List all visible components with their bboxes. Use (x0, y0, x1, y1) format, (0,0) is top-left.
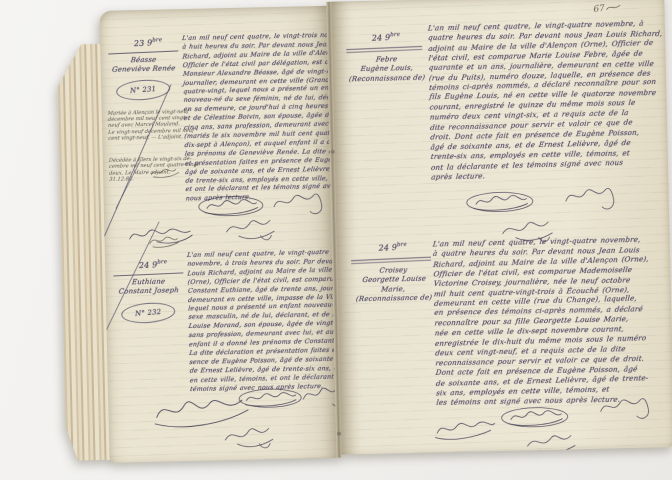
declarant-signature-soriau (433, 416, 498, 441)
act-date: 24 9bre (367, 241, 419, 253)
secretary-paraph (222, 215, 283, 244)
act-2-margin: 24 9bre CroiseyGeorgette Louise Marie,(R… (351, 241, 436, 305)
act-number-oval: N° 231 (115, 78, 170, 102)
date-underline (113, 272, 183, 276)
act-date: 24 9bre (360, 31, 412, 43)
left-page: 23 9bre BéasseGeneviève Renée N° 231 Mar… (99, 6, 337, 463)
marriage-margin-note: Mariée à Alençon le vingt-neufdécembre m… (108, 109, 183, 142)
registered-name: Constant Joseph (111, 286, 186, 297)
page-number-paraph (605, 2, 622, 14)
act-1-text: L'an mil neuf cent quatre, le vingt-quat… (428, 18, 660, 182)
registered-name-block: EuthianeConstant Joseph (111, 277, 185, 298)
registered-name: Georgette Louise Marie, (351, 275, 437, 296)
registered-name: (Reconnaissance de) (347, 73, 428, 84)
registered-name-block: FebreEugène Louis,(Reconnaissance de) (346, 54, 427, 84)
date-underline (108, 50, 178, 54)
registered-name-block: BéasseGeneviève Renée (106, 55, 180, 76)
date-underline (351, 256, 431, 263)
page-number: 67 (593, 2, 622, 15)
act-2-margin: 24 9bre EuthianeConstant Joseph N° 232 (111, 259, 186, 323)
act-1-margin: 23 9bre BéasseGeneviève Renée N° 231 Mar… (106, 37, 183, 183)
margin-note-line: 31.12.82. (109, 175, 183, 183)
margin-note-line: cent vingt-neuf. — L'adjoint, (108, 134, 182, 142)
date-underline (346, 46, 422, 53)
act-number: N° 232 (135, 308, 162, 318)
secretary-paraph (523, 430, 584, 454)
declarant-signature-beasse (126, 223, 194, 247)
officer-signature-oval (464, 189, 537, 215)
act-2-text: L'an mil neuf cent quatre, le vingt-quat… (187, 249, 336, 395)
right-page: 67 24 9bre FebreEugène Louis,(Reconnaiss… (331, 0, 672, 455)
act-number: N° 231 (130, 85, 157, 95)
act-date: 24 9bre (127, 259, 179, 271)
witness-signature (561, 181, 616, 214)
act-date: 23 9bre (122, 37, 174, 49)
act-number-oval: N° 232 (121, 301, 176, 325)
registered-name-block: CroiseyGeorgette Louise Marie,(Reconnais… (351, 265, 436, 305)
act-1-margin: 24 9bre FebreEugène Louis,(Reconnaissanc… (346, 32, 427, 85)
registered-name: Geneviève Renée (106, 64, 181, 75)
witness-signature (596, 393, 651, 424)
officer-signature-oval (498, 404, 571, 430)
act-1-text: L'an mil neuf cent quatre, le vingt-troi… (182, 32, 332, 204)
register-book: 23 9bre BéasseGeneviève Renée N° 231 Mar… (50, 0, 672, 479)
page-number-value: 67 (593, 4, 605, 15)
secretary-paraph (221, 423, 282, 452)
registered-name: (Reconnaissance de) (352, 294, 437, 305)
scanned-register-spread: 23 9bre BéasseGeneviève Renée N° 231 Mar… (0, 0, 672, 480)
officer-signature-oval (236, 386, 304, 410)
death-margin-note: Décédée à Flers le vingt-six dé-cembre m… (109, 156, 184, 183)
witness-signature (300, 382, 338, 413)
act-2-text: L'an mil neuf cent quatre, le vingt-quat… (433, 234, 665, 408)
